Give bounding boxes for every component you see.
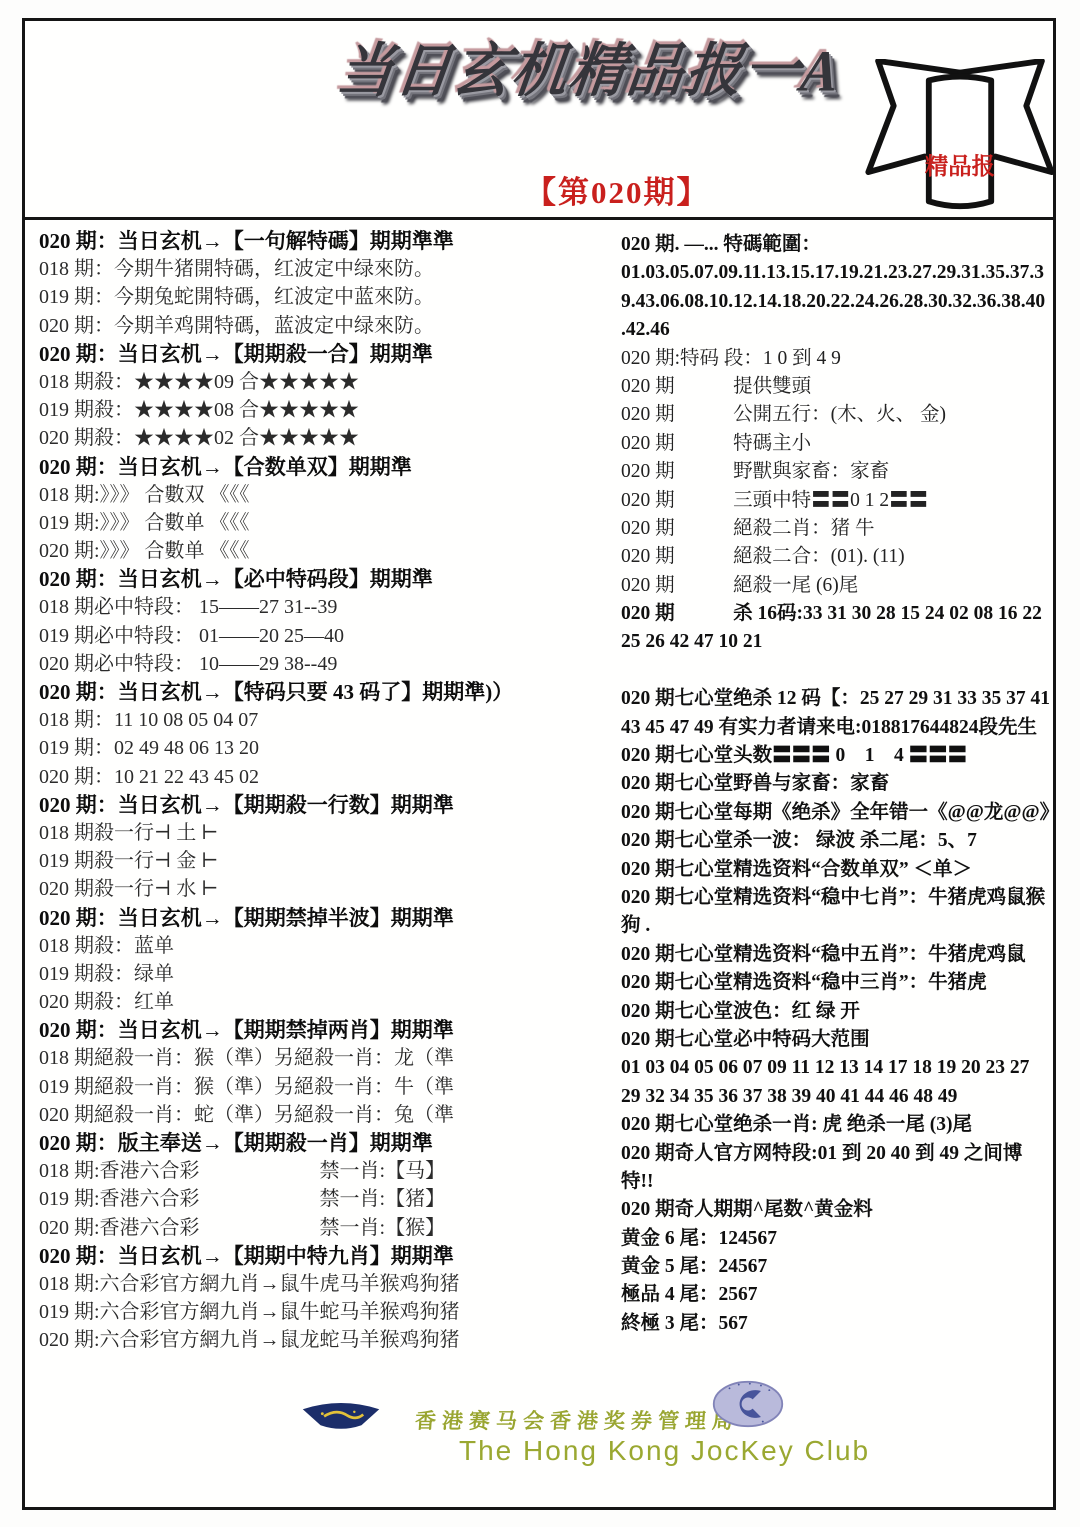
report-line: 020 期 絕殺二肖：猪 牛	[621, 515, 1057, 543]
report-line: 019 期必中特段： 01——20 25—40	[39, 622, 611, 650]
report-line: 018 期：11 10 08 05 04 07	[39, 706, 611, 734]
report-line: 020 期:》》》 合數单 《《《	[39, 537, 611, 565]
report-line: 020 期:香港六合彩 禁一肖:【猴】	[39, 1214, 611, 1242]
report-line: 9.43.06.08.10.12.14.18.20.22.24.26.28.30…	[621, 288, 1057, 316]
report-line: 黄金 6 尾：124567	[621, 1225, 1057, 1253]
club-name-english: The Hong Kong JocKey Club	[459, 1435, 870, 1467]
report-line: 019 期:香港六合彩 禁一肖:【猪】	[39, 1185, 611, 1213]
report-line: 020 期七心堂绝杀 12 码【：25 27 29 31 33 35 37 41	[621, 685, 1057, 713]
report-line: 020 期：当日玄机→【特码只要 43 码了】期期準)）	[39, 678, 611, 706]
report-line: 020 期七心堂每期《绝杀》全年错一《@@龙@@》	[621, 799, 1057, 827]
report-line: 019 期:》》》 合數单 《《《	[39, 509, 611, 537]
report-line: 019 期殺：★★★★08 合★★★★★	[39, 396, 611, 424]
report-line: 018 期殺：★★★★09 合★★★★★	[39, 368, 611, 396]
report-line: 狗 .	[621, 912, 1057, 940]
report-line: 018 期殺一行⊣ 土 ⊢	[39, 819, 611, 847]
report-line: 020 期 特碼主小	[621, 430, 1057, 458]
report-line: 020 期:六合彩官方網九肖→鼠龙蛇马羊猴鸡狗猪	[39, 1326, 611, 1354]
report-line: 018 期:香港六合彩 禁一肖:【马】	[39, 1157, 611, 1185]
report-line: 020 期奇人官方网特段:01 到 20 40 到 49 之间博	[621, 1140, 1057, 1168]
report-line: 018 期必中特段： 15——27 31--39	[39, 593, 611, 621]
club-name-chinese: 香港赛马会香港奖券管理局	[414, 1405, 740, 1435]
report-line: 020 期七心堂杀一波： 绿波 杀二尾：5、7	[621, 827, 1057, 855]
report-line: 020 期七心堂波色：红 绿 开	[621, 998, 1057, 1026]
report-line: 019 期殺：绿单	[39, 960, 611, 988]
report-line: 特!!	[621, 1168, 1057, 1196]
report-line: 020 期七心堂头数〓〓〓 0 1 4 〓〓〓	[621, 742, 1057, 770]
report-line: 01.03.05.07.09.11.13.15.17.19.21.23.27.2…	[621, 259, 1057, 287]
report-line: 020 期：当日玄机→【期期殺一行数】期期準	[39, 791, 611, 819]
newspaper-page: 当日玄机精品报一A 【第020期】 精品报 020 期：当日玄机→【一句解特碼】…	[0, 0, 1080, 1527]
report-line: 25 26 42 47 10 21	[621, 628, 1057, 656]
issue-number: 【第020期】	[525, 167, 710, 212]
report-line: 020 期 公開五行：(木、火、 金)	[621, 401, 1057, 429]
report-line: 020 期：10 21 22 43 45 02	[39, 763, 611, 791]
report-line: 020 期必中特段： 10——29 38--49	[39, 650, 611, 678]
report-line: 020 期 絕殺一尾 (6)尾	[621, 572, 1057, 600]
report-line: 020 期七心堂精选资料“稳中五肖”：牛猪虎鸡鼠	[621, 941, 1057, 969]
header-divider	[22, 217, 1056, 220]
report-line: 020 期奇人期期^尾数^黄金料	[621, 1196, 1057, 1224]
report-line: 020 期七心堂绝杀一肖: 虎 绝杀一尾 (3)尾	[621, 1111, 1057, 1139]
report-line: 020 期. —... 特碼範圍：	[621, 231, 1057, 259]
report-line: .42.46	[621, 316, 1057, 344]
report-line: 019 期：02 49 48 06 13 20	[39, 734, 611, 762]
report-line: 019 期:六合彩官方網九肖→鼠牛蛇马羊猴鸡狗猪	[39, 1298, 611, 1326]
report-line: 020 期七心堂精选资料“稳中七肖”：牛猪虎鸡鼠猴	[621, 884, 1057, 912]
ribbon-scroll-icon: 精品报	[861, 59, 1059, 215]
report-line: 019 期絕殺一肖：猴（準）另絕殺一肖：牛（準	[39, 1073, 611, 1101]
report-line: 020 期七心堂精选资料“稳中三肖”：牛猪虎	[621, 969, 1057, 997]
report-line: 29 32 34 35 36 37 38 39 40 41 44 46 48 4…	[621, 1083, 1057, 1111]
report-line: 020 期：当日玄机→【期期禁掉半波】期期準	[39, 904, 611, 932]
report-line: 020 期:特码 段：1 0 到 4 9	[621, 345, 1057, 373]
report-line	[621, 657, 1057, 685]
report-line: 020 期：版主奉送→【期期殺一肖】期期準	[39, 1129, 611, 1157]
report-line: 018 期:》》》 合數双 《《《	[39, 481, 611, 509]
report-line: 020 期七心堂精选资料“合数单双” ＜单＞	[621, 856, 1057, 884]
report-line: 43 45 47 49 有实力者请来电:018817644824段先生	[621, 714, 1057, 742]
page-border-frame: 当日玄机精品报一A 【第020期】 精品报 020 期：当日玄机→【一句解特碼】…	[22, 18, 1056, 1510]
report-line: 終極 3 尾：567	[621, 1310, 1057, 1338]
report-line: 020 期：当日玄机→【期期殺一合】期期準	[39, 340, 611, 368]
report-line: 020 期：当日玄机→【必中特码段】期期準	[39, 565, 611, 593]
hkjc-boat-icon	[301, 1401, 381, 1437]
report-line: 020 期七心堂必中特码大范围	[621, 1026, 1057, 1054]
report-line: 020 期殺：★★★★02 合★★★★★	[39, 424, 611, 452]
report-line: 020 期 三頭中特〓〓0 1 2〓〓	[621, 487, 1057, 515]
report-line: 020 期：今期羊鸡開特碼，蓝波定中绿來防。	[39, 312, 611, 340]
report-line: 020 期殺：红单	[39, 988, 611, 1016]
report-line: 黄金 5 尾：24567	[621, 1253, 1057, 1281]
report-line: 018 期絕殺一肖：猴（準）另絕殺一肖：龙（準	[39, 1044, 611, 1072]
report-line: 018 期殺：蓝单	[39, 932, 611, 960]
page-title: 当日玄机精品报一A	[333, 25, 847, 108]
report-line: 020 期 杀 16码:33 31 30 28 15 24 02 08 16 2…	[621, 600, 1057, 628]
report-line: 018 期：今期牛猪開特碼，红波定中绿來防。	[39, 255, 611, 283]
report-line: 020 期 絕殺二合：(01). (11)	[621, 543, 1057, 571]
report-line: 020 期七心堂野兽与家畜：家畜	[621, 770, 1057, 798]
report-line: 020 期：当日玄机→【期期禁掉两肖】期期準	[39, 1016, 611, 1044]
jockey-club-badge-icon	[711, 1379, 785, 1429]
report-line: 020 期殺一行⊣ 水 ⊢	[39, 875, 611, 903]
report-line: 極品 4 尾：2567	[621, 1281, 1057, 1309]
left-column: 020 期：当日玄机→【一句解特碼】期期準準018 期：今期牛猪開特碼，红波定中…	[39, 227, 611, 1355]
report-line: 018 期:六合彩官方網九肖→鼠牛虎马羊猴鸡狗猪	[39, 1270, 611, 1298]
ribbon-label: 精品报	[925, 152, 995, 180]
report-line: 020 期 提供雙頭	[621, 373, 1057, 401]
report-line: 020 期：当日玄机→【一句解特碼】期期準準	[39, 227, 611, 255]
report-line: 020 期：当日玄机→【期期中特九肖】期期準	[39, 1242, 611, 1270]
report-line: 020 期絕殺一肖：蛇（準）另絕殺一肖：兔（準	[39, 1101, 611, 1129]
right-column: 020 期. —... 特碼範圍：01.03.05.07.09.11.13.15…	[621, 231, 1057, 1338]
report-line: 019 期殺一行⊣ 金 ⊢	[39, 847, 611, 875]
report-line: 019 期：今期兔蛇開特碼，红波定中蓝來防。	[39, 283, 611, 311]
report-line: 01 03 04 05 06 07 09 11 12 13 14 17 18 1…	[621, 1054, 1057, 1082]
report-line: 020 期 野獸與家畜：家畜	[621, 458, 1057, 486]
report-line: 020 期：当日玄机→【合数单双】期期準	[39, 453, 611, 481]
